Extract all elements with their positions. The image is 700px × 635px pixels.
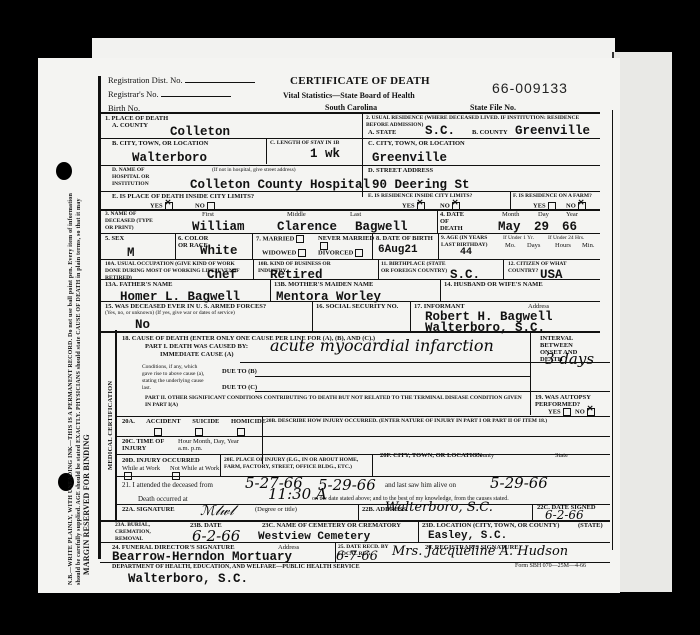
death-city-value: Walterboro (132, 151, 207, 165)
divider (378, 259, 379, 279)
under-1-yr-label: If Under 1 Yr. (503, 235, 534, 242)
divider (100, 279, 600, 280)
form-right-border (612, 110, 613, 550)
divider (255, 391, 610, 392)
days-label: Days (527, 242, 540, 249)
divider (100, 542, 610, 543)
registration-dist-label: Registration Dist. No. (108, 74, 255, 85)
year-label: Year (566, 211, 578, 218)
mo-label: Mo. (505, 242, 516, 249)
checkbox-autopsy-yes[interactable] (563, 408, 571, 416)
margin-instructions-1: N.B.—WRITE PLAINLY, WITH UNFADING INK—TH… (68, 193, 74, 585)
cert-address-value: Walterboro, S.C. (385, 500, 493, 515)
conditions-label: Conditions, if any, which gave rise to a… (142, 364, 207, 392)
medical-certification-label: MEDICAL CERTIFICATION (107, 381, 114, 470)
injury-describe-label: 20b. Describe how injury occurred. (Ente… (266, 418, 547, 425)
hospital-value: Colleton County Hospital (190, 178, 370, 192)
last-name-value: Bagwell (355, 220, 408, 234)
day-label: Day (538, 211, 549, 218)
part1-label: Part I. Death was caused by: (145, 343, 248, 350)
street-address-value: 90 Deering St (372, 178, 470, 192)
immediate-cause-label: Immediate Cause (a) (160, 351, 234, 358)
checkbox-married[interactable] (296, 235, 304, 243)
death-occurred-label: Death occurred at (138, 496, 188, 503)
first-name-label: First (202, 211, 214, 218)
divider (372, 454, 373, 476)
divider (358, 504, 359, 520)
checkbox-autopsy-no[interactable] (587, 408, 595, 416)
medical-cert-border (115, 330, 117, 520)
never-married-label[interactable]: Never Married (318, 235, 378, 250)
first-name-value: William (192, 220, 245, 234)
certificate-subtitle: Vital Statistics—State Board of Health (283, 91, 415, 100)
residence-county-value: Greenville (515, 124, 590, 138)
divider (253, 259, 254, 279)
residence-city-value: Greenville (372, 151, 447, 165)
checkbox-widowed[interactable] (298, 249, 306, 257)
divider (117, 436, 610, 437)
checkbox-divorced[interactable] (355, 249, 363, 257)
informant-label: 17. Informant (414, 303, 465, 310)
divider (117, 416, 610, 417)
header-rule (100, 112, 600, 114)
degree-label: (Degree or title) (255, 506, 297, 513)
dob-value: 6Aug21 (378, 244, 418, 256)
married-label[interactable]: 7. Married (256, 235, 304, 243)
autopsy-no[interactable]: NO (575, 408, 595, 416)
date-of-death-label: 4. Date of Death (440, 211, 470, 232)
mother-label: 13b. Mother's Maiden Name (274, 281, 373, 288)
informant-address-label: Address (528, 303, 549, 310)
divider (255, 376, 530, 377)
form-number: Form SBH 070—25M—4-66 (515, 563, 586, 570)
checkbox-homicide[interactable] (237, 428, 245, 436)
last-saw-label: and last saw him alive on (385, 482, 456, 489)
father-label: 13a. Father's Name (105, 281, 172, 288)
injury-location-label: 20f. City, Town, or Location (380, 452, 482, 459)
divider (437, 209, 438, 233)
divider (503, 259, 504, 279)
sex-value: M (127, 246, 135, 260)
dob-label: 8. Date of Birth (376, 235, 433, 242)
armed-forces-label: 15. Was Deceased Ever in U. S. Armed For… (105, 303, 266, 310)
due-to-c-label: Due to (c) (222, 384, 257, 391)
inside-city-label: e. Is Place of Death Inside City Limits? (112, 193, 254, 200)
divider (440, 279, 441, 301)
attended-label: 21. I attended the deceased from (122, 482, 213, 489)
registrar-signature-value: Mrs. Jacqueline A. Hudson (392, 544, 568, 559)
hours-label: Hours (555, 242, 571, 249)
length-of-stay-value: 1 wk (310, 147, 340, 161)
while-at-work-label[interactable]: While at Work (122, 465, 162, 480)
burial-label: 23a. Burial, Cremation, Removal (115, 522, 170, 543)
funeral-director-city: Walterboro, S.C. (128, 572, 248, 586)
burial-state-label: (State) (578, 522, 603, 529)
residence-state-label: a. State (368, 129, 396, 136)
interval-value: 3 days (545, 350, 594, 368)
paper-right-edge (612, 52, 672, 592)
divider (312, 301, 313, 331)
injury-occurred-label: 20d. Injury Occurred (122, 457, 200, 464)
margin-binding-text: MARGIN RESERVED FOR BINDING (82, 434, 91, 575)
time-of-injury-label: 20c. Time of Injury (122, 438, 167, 452)
residence-state-value: S.C. (425, 124, 455, 138)
deceased-name-label: 3. Name of Deceased (Type or print) (105, 211, 160, 232)
place-of-injury-label: 20e. Place of Injury (e.g., in or about … (224, 457, 364, 471)
divider (240, 362, 610, 363)
divider (530, 333, 531, 415)
time-of-injury-sub: Hour Month, Day, Year a.m. p.m. (178, 438, 248, 452)
divider (532, 504, 533, 520)
state-file-number: 66-009133 (492, 80, 568, 96)
checkbox-suicide[interactable] (195, 428, 203, 436)
last-saw-value: 5-29-66 (490, 474, 548, 492)
divider (418, 520, 419, 542)
injury-county-label: County (475, 452, 494, 459)
divider (100, 331, 600, 333)
death-city-label: b. City, Town, or Location (112, 140, 208, 147)
death-county-label: a. County (112, 122, 148, 129)
signature-label: 22a. Signature (122, 506, 175, 513)
ssn-label: 16. Social Security No. (316, 303, 398, 310)
state-file-label: State File No. (470, 103, 516, 112)
last-name-label: Last (350, 211, 361, 218)
armed-forces-note: (Yes, no, or unknown) (If yes, give war … (105, 310, 235, 317)
residence-city-label: c. City, Town, or Location (368, 140, 465, 147)
age-value: 44 (460, 247, 472, 258)
divider (220, 454, 221, 476)
under-24-hrs-label: If Under 24 Hrs. (548, 235, 584, 242)
burial-location-value: Easley, S.C. (428, 530, 507, 542)
divorced-label[interactable]: Divorced (318, 249, 363, 257)
margin-instructions-2: should be carefully supplied. AGE should… (76, 198, 82, 585)
divider (372, 233, 373, 259)
not-while-at-work-label[interactable]: Not While at Work (170, 465, 220, 480)
divider (100, 138, 600, 139)
street-address-label: d. Street Address (368, 167, 433, 174)
death-county-value: Colleton (170, 125, 230, 139)
month-label: Month (502, 211, 519, 218)
state-name: South Carolina (325, 103, 377, 112)
injury-state-label: State (555, 452, 568, 459)
divider (100, 301, 600, 302)
injury-type-label: 20a. Accident Suicide Homicide (122, 418, 266, 425)
department-label: DEPARTMENT OF HEALTH, EDUCATION, AND WEL… (112, 564, 360, 571)
widowed-label[interactable]: Widowed (262, 249, 306, 257)
binding-hole-top (56, 162, 72, 180)
divider (175, 233, 176, 259)
hospital-note: (If not in hospital, give street address… (212, 167, 296, 174)
checkbox-accident[interactable] (154, 428, 162, 436)
immediate-cause-value: acute myocardial infarction (270, 336, 494, 355)
length-of-stay-label: c. Length of Stay in 1b (270, 140, 339, 147)
spouse-label: 14. Husband or Wife's Name (444, 281, 543, 288)
divider (100, 191, 600, 192)
armed-forces-value: No (135, 318, 150, 332)
middle-name-value: Clarence (277, 220, 337, 234)
burial-location-label: 23d. Location (City, town, or county) (422, 522, 559, 529)
death-year-value: 66 (562, 220, 577, 234)
certificate-title: CERTIFICATE OF DEATH (290, 75, 430, 87)
color-race-value: White (200, 244, 238, 258)
divider (252, 233, 253, 259)
cemetery-label: 23c. Name of Cemetery or Crematory (262, 522, 401, 529)
part2-label: Part II. Other significant conditions co… (145, 395, 525, 409)
registrars-no-label: Registrar's No. (108, 88, 231, 99)
form-left-border (98, 76, 101, 559)
divider (100, 259, 600, 260)
sex-label: 5. Sex (105, 235, 124, 242)
divider (510, 191, 511, 209)
divider (410, 301, 411, 331)
place-of-death-label: 1. Place of Death (105, 115, 168, 122)
divider (117, 454, 610, 455)
residence-county-label: b. County (472, 129, 508, 136)
death-day-value: 29 (534, 220, 549, 234)
min-label: Min. (582, 242, 594, 249)
death-month-value: May (498, 220, 521, 234)
divider (266, 138, 267, 164)
physician-signature: ℳ𝓁𝓌𝓁 (200, 503, 234, 519)
hospital-label: d. Name of Hospital or Institution (112, 167, 167, 188)
divider (270, 279, 271, 301)
due-to-b-label: Due to (b) (222, 368, 257, 375)
birthplace-label: 11. Birthplace (State or foreign country… (381, 261, 451, 275)
divider (100, 165, 600, 166)
middle-name-label: Middle (287, 211, 306, 218)
divider (438, 233, 439, 259)
autopsy-yes[interactable]: YES (548, 408, 571, 416)
